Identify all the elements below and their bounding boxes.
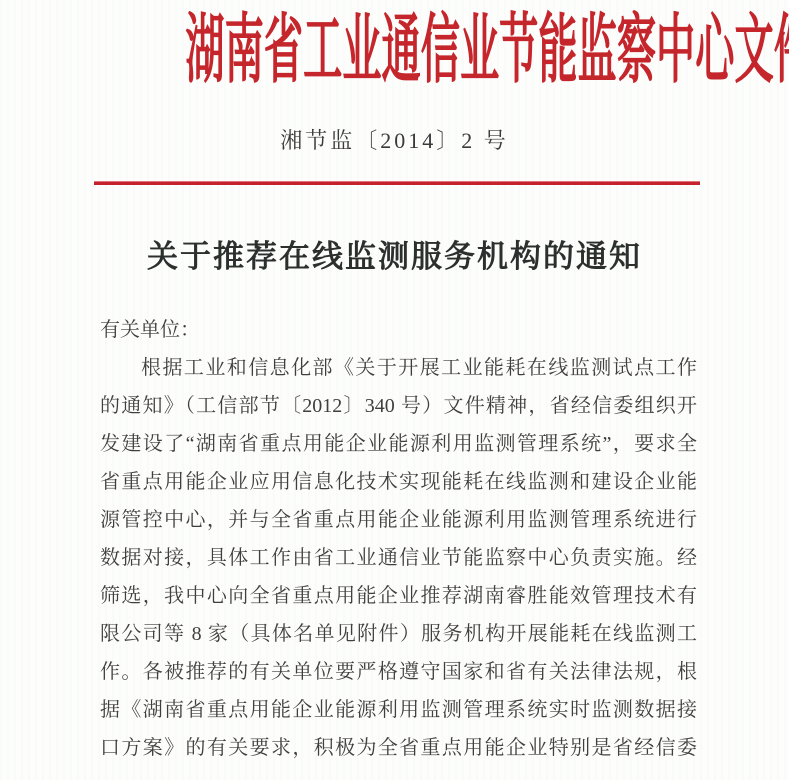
red-separator-line bbox=[94, 181, 700, 185]
document-page: 湖南省工业通信业节能监察中心文件 湘节监〔2014〕2 号 关于推荐在线监测服务… bbox=[0, 0, 789, 780]
document-title: 关于推荐在线监测服务机构的通知 bbox=[0, 231, 789, 276]
body-line-7: 筛选，我中心向全省重点用能企业推荐湖南睿胜能效管理技术有 bbox=[100, 577, 697, 615]
letterhead-title: 湖南省工业通信业节能监察中心文件 bbox=[185, 10, 603, 92]
document-body: 有关单位： 根据工业和信息化部《关于开展工业能耗在线监测试点工作 的通知》（工信… bbox=[100, 311, 697, 767]
document-number: 湘节监〔2014〕2 号 bbox=[0, 124, 789, 155]
body-line-6: 数据对接，具体工作由省工业通信业节能监察中心负责实施。经 bbox=[100, 539, 697, 577]
body-line-10: 据《湖南省重点用能企业能源利用监测管理系统实时监测数据接 bbox=[100, 691, 697, 729]
salutation: 有关单位： bbox=[100, 311, 697, 349]
body-line-9: 作。各被推荐的有关单位要严格遵守国家和省有关法律法规，根 bbox=[100, 653, 697, 691]
body-line-11: 口方案》的有关要求，积极为全省重点用能企业特别是省经信委 bbox=[100, 729, 697, 767]
body-line-1: 根据工业和信息化部《关于开展工业能耗在线监测试点工作 bbox=[100, 349, 697, 387]
body-line-5: 源管控中心，并与全省重点用能企业能源利用监测管理系统进行 bbox=[100, 501, 697, 539]
body-line-8: 限公司等 8 家（具体名单见附件）服务机构开展能耗在线监测工 bbox=[100, 615, 697, 653]
body-line-4: 省重点用能企业应用信息化技术实现能耗在线监测和建设企业能 bbox=[100, 463, 697, 501]
body-line-2: 的通知》（工信部节〔2012〕340 号）文件精神，省经信委组织开 bbox=[100, 387, 697, 425]
body-line-3: 发建设了“湖南省重点用能企业能源利用监测管理系统”，要求全 bbox=[100, 425, 697, 463]
